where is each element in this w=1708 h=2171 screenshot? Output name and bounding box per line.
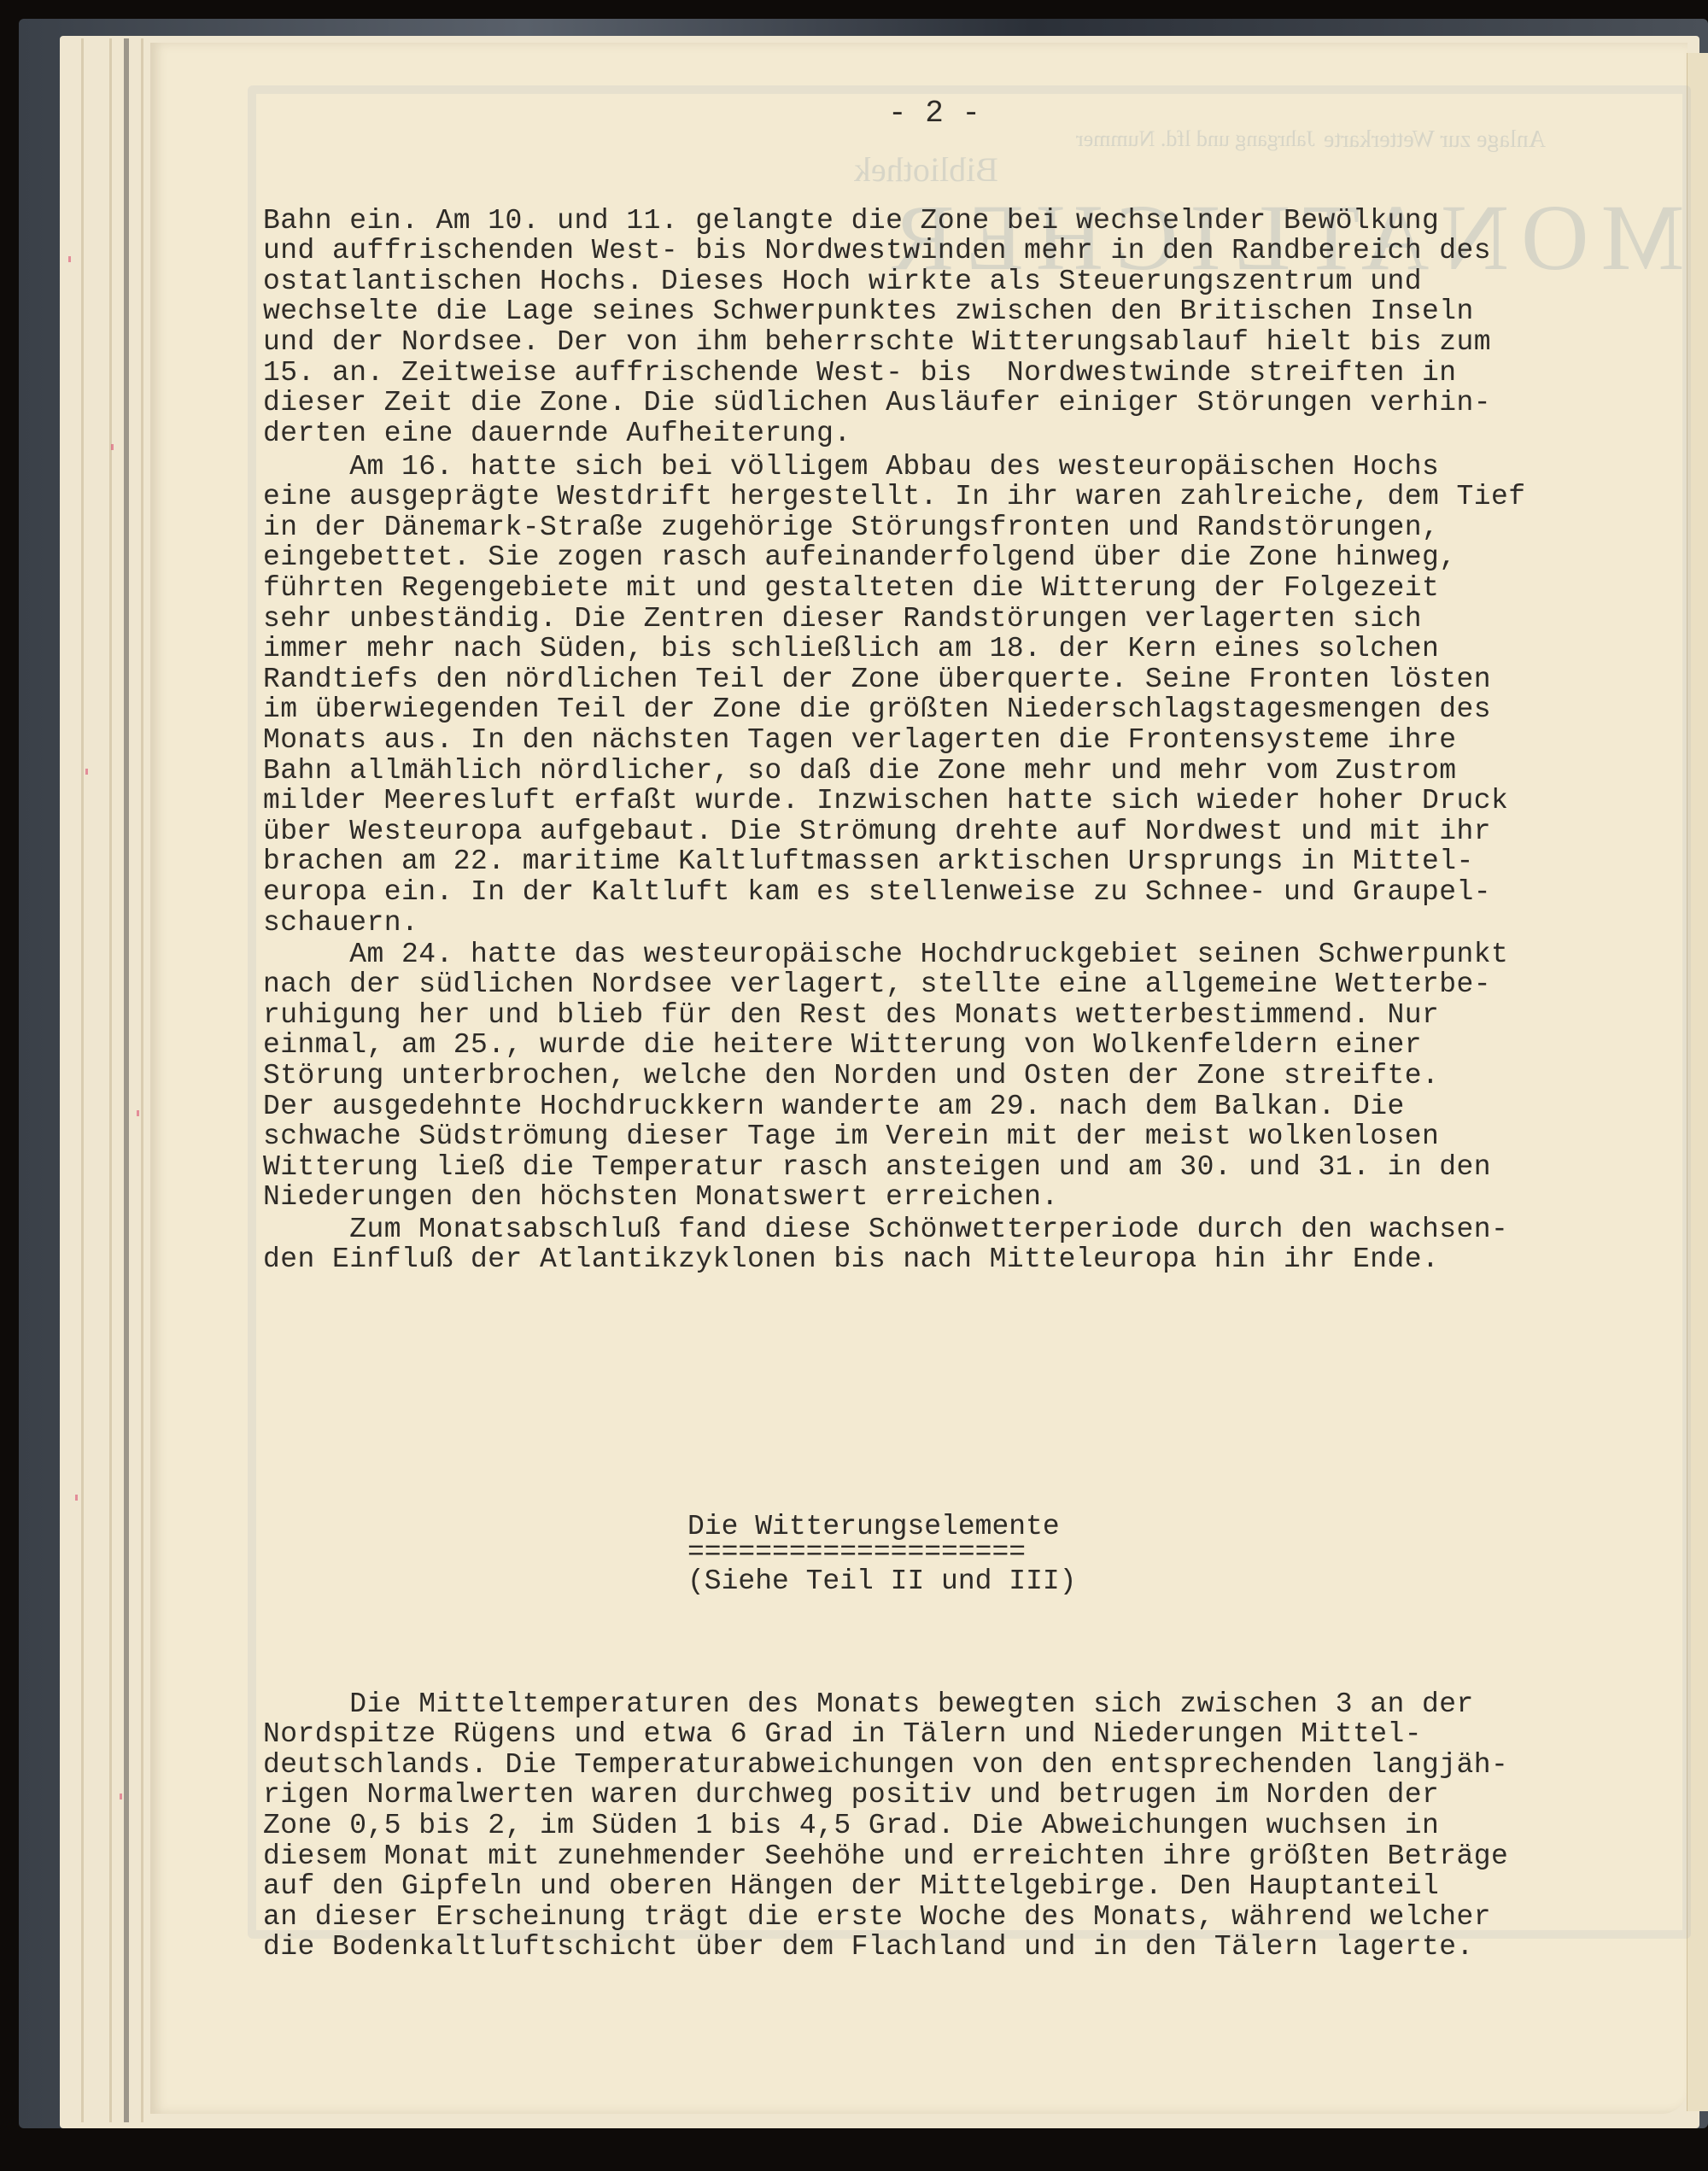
text-line: im überwiegenden Teil der Zone die größt… bbox=[263, 694, 1526, 725]
text-line: ruhigung her und blieb für den Rest des … bbox=[263, 1000, 1508, 1031]
text-line: milder Meeresluft erfaßt wurde. Inzwisch… bbox=[263, 786, 1526, 816]
page-number: - 2 - bbox=[888, 96, 980, 131]
text-line: 15. an. Zeitweise auffrischende West- bi… bbox=[263, 358, 1491, 389]
text-line: Zum Monatsabschluß fand diese Schönwette… bbox=[263, 1214, 1508, 1245]
text-line: Am 16. hatte sich bei völligem Abbau des… bbox=[263, 452, 1526, 483]
show-through-header-mid: Jahrgang und lfd. Nummer bbox=[1076, 126, 1315, 152]
section-underline: ==================== bbox=[687, 1537, 1026, 1568]
page-edge bbox=[109, 38, 112, 2122]
text-line: rigen Normalwerten waren durchweg positi… bbox=[263, 1780, 1508, 1811]
text-line: Nordspitze Rügens und etwa 6 Grad in Täl… bbox=[263, 1719, 1508, 1750]
text-line: Der ausgedehnte Hochdruckkern wanderte a… bbox=[263, 1091, 1508, 1122]
text-line: die Bodenkaltluftschicht über dem Flachl… bbox=[263, 1932, 1508, 1963]
text-line: in der Dänemark-Straße zugehörige Störun… bbox=[263, 512, 1526, 543]
page-edge bbox=[141, 38, 143, 2122]
page-edge bbox=[81, 38, 84, 2122]
text-line: sehr unbeständig. Die Zentren dieser Ran… bbox=[263, 604, 1526, 635]
paragraph: Die Mitteltemperaturen des Monats bewegt… bbox=[263, 1659, 1508, 1993]
text-line: wechselte die Lage seines Schwerpunktes … bbox=[263, 296, 1491, 327]
text-line: den Einfluß der Atlantikzyklonen bis nac… bbox=[263, 1244, 1508, 1275]
text-line: und auffrischenden West- bis Nordwestwin… bbox=[263, 236, 1491, 266]
text-line: Monats aus. In den nächsten Tagen verlag… bbox=[263, 725, 1526, 756]
text-line: nach der südlichen Nordsee verlagert, st… bbox=[263, 969, 1508, 1000]
text-line: an dieser Erscheinung trägt die erste Wo… bbox=[263, 1902, 1508, 1933]
text-line: diesem Monat mit zunehmender Seehöhe und… bbox=[263, 1841, 1508, 1872]
text-line: über Westeuropa aufgebaut. Die Strömung … bbox=[263, 816, 1526, 847]
section-subtitle: (Siehe Teil II und III) bbox=[687, 1566, 1076, 1597]
text-line: Zone 0,5 bis 2, im Süden 1 bis 4,5 Grad.… bbox=[263, 1811, 1508, 1841]
text-line: ostatlantischen Hochs. Dieses Hoch wirkt… bbox=[263, 266, 1491, 297]
text-line: eine ausgeprägte Westdrift hergestellt. … bbox=[263, 482, 1526, 512]
text-line: Randtiefs den nördlichen Teil der Zone ü… bbox=[263, 664, 1526, 695]
text-line: Am 24. hatte das westeuropäische Hochdru… bbox=[263, 939, 1508, 970]
paragraph: Zum Monatsabschluß fand diese Schönwette… bbox=[263, 1184, 1508, 1305]
text-line: eingebettet. Sie zogen rasch aufeinander… bbox=[263, 542, 1526, 573]
text-line: schwache Südströmung dieser Tage im Vere… bbox=[263, 1121, 1508, 1152]
text-line: brachen am 22. maritime Kaltluftmassen a… bbox=[263, 846, 1526, 877]
paragraph: Am 16. hatte sich bei völligem Abbau des… bbox=[263, 421, 1526, 968]
show-through-header: Anlage zur Wetterkarte bbox=[1324, 126, 1546, 154]
text-line: auf den Gipfeln und oberen Hängen der Mi… bbox=[263, 1871, 1508, 1902]
text-line: Störung unterbrochen, welche den Norden … bbox=[263, 1061, 1508, 1091]
text-line: führten Regengebiete mit und gestalteten… bbox=[263, 573, 1526, 604]
text-line: Bahn ein. Am 10. und 11. gelangte die Zo… bbox=[263, 206, 1491, 237]
text-line: und der Nordsee. Der von ihm beherrschte… bbox=[263, 327, 1491, 358]
text-line: europa ein. In der Kaltluft kam es stell… bbox=[263, 877, 1526, 908]
page-edge bbox=[124, 38, 129, 2122]
text-line: Witterung ließ die Temperatur rasch anst… bbox=[263, 1152, 1508, 1183]
text-line: deutschlands. Die Temperaturabweichungen… bbox=[263, 1750, 1508, 1781]
text-line: einmal, am 25., wurde die heitere Witter… bbox=[263, 1030, 1508, 1061]
text-line: Die Mitteltemperaturen des Monats bewegt… bbox=[263, 1689, 1508, 1720]
text-line: immer mehr nach Süden, bis schließlich a… bbox=[263, 634, 1526, 664]
text-line: Bahn allmählich nördlicher, so daß die Z… bbox=[263, 756, 1526, 787]
text-line: dieser Zeit die Zone. Die südlichen Ausl… bbox=[263, 388, 1491, 418]
